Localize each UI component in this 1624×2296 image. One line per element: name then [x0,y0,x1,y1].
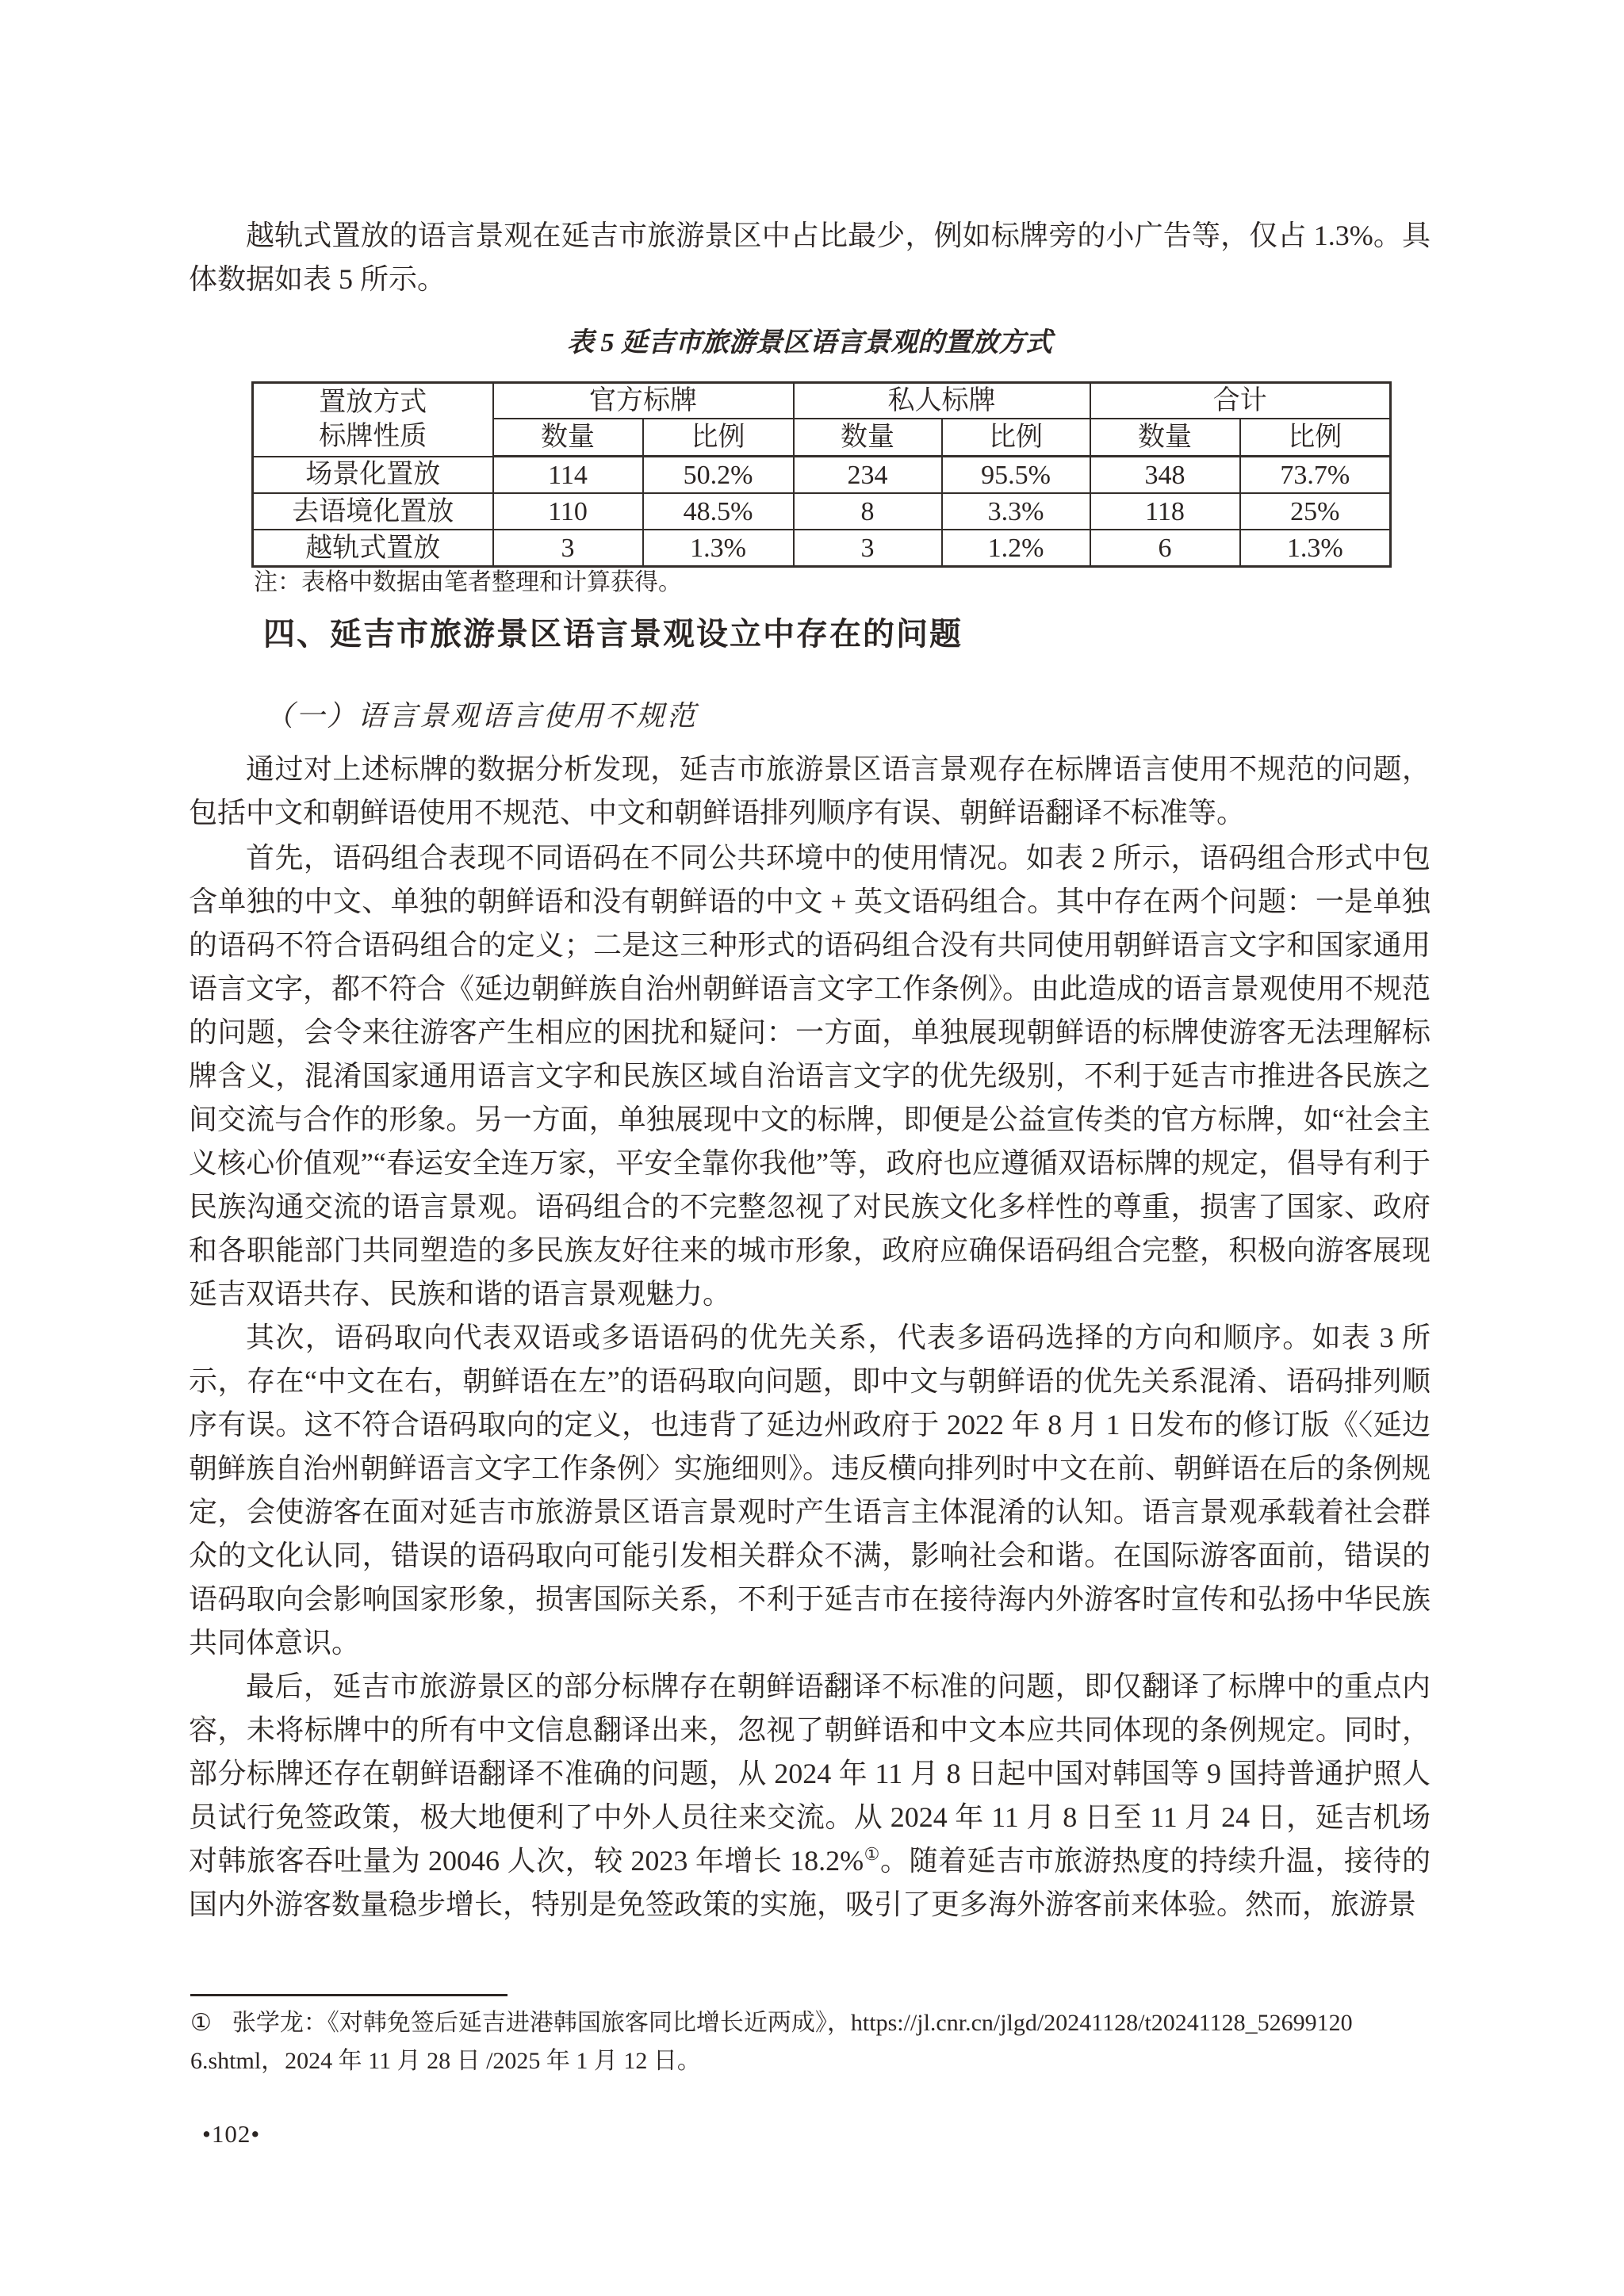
cell: 3.3% [942,493,1090,530]
sub-header-cell: 比例 [942,419,1090,457]
sub-header-cell: 比例 [643,419,794,457]
body-paragraph: 其次，语码取向代表双语或多语语码的优先关系，代表多语码选择的方向和顺序。如表 3… [189,1316,1431,1665]
sub-header-cell: 数量 [1090,419,1240,457]
footnote-reference-marker: ① [864,1844,880,1864]
table-corner-cell: 置放方式 标牌性质 [253,383,493,457]
table-row: 去语境化置放 110 48.5% 8 3.3% 118 25% [253,493,1391,530]
sub-header-cell: 数量 [493,419,643,457]
footnote-separator-line [190,1994,507,1996]
table-note: 注：表格中数据由笔者整理和计算获得。 [254,566,682,599]
col-group-private: 私人标牌 [794,383,1090,419]
row-label: 去语境化置放 [253,493,493,530]
sub-header-cell: 数量 [794,419,942,457]
cell: 1.3% [1240,530,1391,567]
subsection-heading: （一）语言景观语言使用不规范 [265,696,698,736]
placement-table: 置放方式 标牌性质 官方标牌 私人标牌 合计 数量 比例 数量 比例 数量 比例… [251,381,1392,568]
cell: 114 [493,457,643,494]
table-caption: 表 5 延吉市旅游景区语言景观的置放方式 [189,325,1431,362]
footnote: ①张学龙：《对韩免签后延吉进港韩国旅客同比增长近两成》，https://jl.c… [190,2004,1538,2080]
cell: 3 [794,530,942,567]
col-group-official: 官方标牌 [493,383,794,419]
cell: 1.2% [942,530,1090,567]
cell: 1.3% [643,530,794,567]
cell: 234 [794,457,942,494]
table-row: 越轨式置放 3 1.3% 3 1.2% 6 1.3% [253,530,1391,567]
cell: 95.5% [942,457,1090,494]
corner-label-bottom: 标牌性质 [254,419,492,453]
footnote-marker: ① [190,2010,212,2036]
cell: 73.7% [1240,457,1391,494]
body-paragraph: 通过对上述标牌的数据分析发现，延吉市旅游景区语言景观存在标牌语言使用不规范的问题… [189,748,1431,835]
cell: 50.2% [643,457,794,494]
paper-page: 越轨式置放的语言景观在延吉市旅游景区中占比最少，例如标牌旁的小广告等，仅占 1.… [0,0,1624,2296]
footnote-line: 6.shtml，2024 年 11 月 28 日 /2025 年 1 月 12 … [190,2042,1538,2080]
footnote-text: 张学龙：《对韩免签后延吉进港韩国旅客同比增长近两成》，https://jl.cn… [232,2010,1353,2036]
footnote-line: ①张学龙：《对韩免签后延吉进港韩国旅客同比增长近两成》，https://jl.c… [190,2004,1538,2042]
cell: 348 [1090,457,1240,494]
body-paragraph: 首先，语码组合表现不同语码在不同公共环境中的使用情况。如表 2 所示，语码组合形… [189,836,1431,1316]
row-label: 越轨式置放 [253,530,493,567]
cell: 6 [1090,530,1240,567]
cell: 25% [1240,493,1391,530]
row-label: 场景化置放 [253,457,493,494]
cell: 3 [493,530,643,567]
page-number: •102• [202,2120,260,2149]
intro-paragraph: 越轨式置放的语言景观在延吉市旅游景区中占比最少，例如标牌旁的小广告等，仅占 1.… [189,214,1431,301]
sub-header-cell: 比例 [1240,419,1391,457]
cell: 110 [493,493,643,530]
cell: 48.5% [643,493,794,530]
table-header-row-groups: 置放方式 标牌性质 官方标牌 私人标牌 合计 [253,383,1391,419]
table-row: 场景化置放 114 50.2% 234 95.5% 348 73.7% [253,457,1391,494]
section-heading: 四、延吉市旅游景区语言景观设立中存在的问题 [263,612,963,656]
col-group-total: 合计 [1090,383,1391,419]
cell: 118 [1090,493,1240,530]
corner-label-top: 置放方式 [254,385,492,419]
cell: 8 [794,493,942,530]
body-paragraph: 最后，延吉市旅游景区的部分标牌存在朝鲜语翻译不标准的问题，即仅翻译了标牌中的重点… [189,1665,1431,1927]
